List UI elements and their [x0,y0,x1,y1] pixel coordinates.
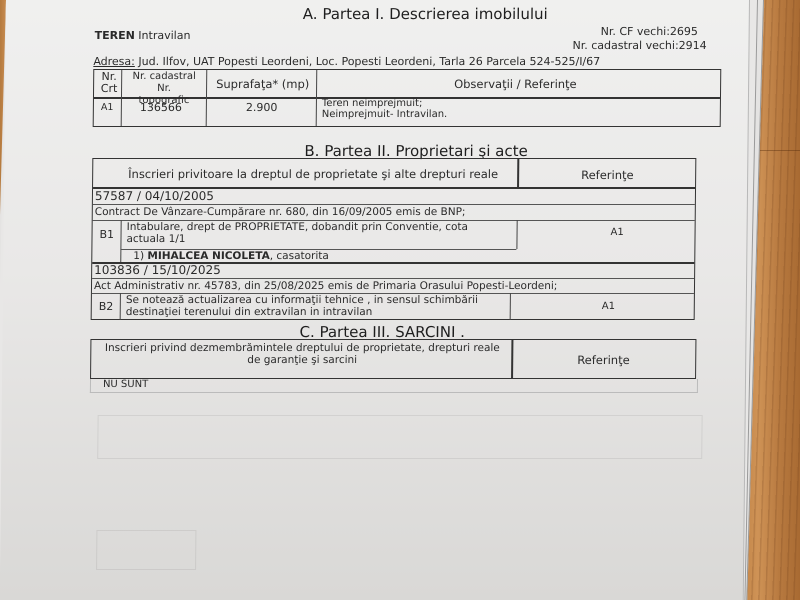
row-observatii: Teren neimprejmuit; Neimprejmuit- Intrav… [322,98,448,120]
owner-num: 1) [133,250,144,262]
header-observatii: Observaţii / Referinţe [454,77,577,91]
entry-code: B1 [99,228,114,241]
header-nr-crt: Nr. Crt [99,71,119,95]
entry-text: Intabulare, drept de PROPRIETATE, doband… [126,221,468,245]
teren-type: TEREN Intravilan [95,29,191,42]
section-title-partea-1: A. Partea I. Descrierea imobilului [303,5,548,23]
table-sarcini: Inscrieri privind dezmembrămintele drept… [90,339,696,379]
entry-code: B2 [99,300,114,313]
header-referinte: Referinţe [581,168,634,182]
header-inscrieri: Înscrieri privitoare la dreptul de propr… [128,167,498,181]
sarcini-value-row: NU SUNT [90,379,698,393]
table-proprietari: Înscrieri privitoare la dreptul de propr… [91,158,697,320]
adresa-label: Adresa: [93,55,135,68]
entry-id: 57587 / 04/10/2005 [95,189,214,203]
adresa-value: Jud. Ilfov, UAT Popesti Leordeni, Loc. P… [138,55,600,68]
header-referinte: Referinţe [577,353,630,367]
header-sarcini: Inscrieri privind dezmembrămintele drept… [96,342,508,366]
owner: 1) MIHALCEA NICOLETA, casatorita [133,250,329,262]
header-suprafata: Suprafaţa* (mp) [216,77,309,91]
sarcini-value: NU SUNT [103,379,148,390]
teren-label: TEREN [95,29,135,42]
entry-act: Contract De Vânzare-Cumpărare nr. 680, d… [95,206,466,218]
row-suprafata: 2.900 [246,101,278,114]
show-through-table [96,530,196,570]
show-through-table [97,415,702,459]
entry-act: Act Administrativ nr. 45783, din 25/08/2… [94,280,557,292]
table-descriere: Nr. Crt Nr. cadastral Nr. topografic Sup… [93,69,722,127]
row-cadastral: 136566 [140,101,182,114]
owner-name: MIHALCEA NICOLETA [147,250,269,262]
cadastral-vechi: Nr. cadastral vechi:2914 [572,39,706,52]
owner-status: , casatorita [270,250,329,262]
document-page: A. Partea I. Descrierea imobilului TEREN… [0,0,750,600]
entry-text: Se notează actualizarea cu informaţii te… [126,294,478,318]
entry-ref: A1 [611,227,624,238]
row-nr-crt: A1 [101,102,114,113]
entry-ref: A1 [602,301,615,312]
adresa: Adresa: Jud. Ilfov, UAT Popesti Leordeni… [93,55,600,68]
cf-vechi: Nr. CF vechi:2695 [601,25,698,38]
teren-value: Intravilan [138,29,190,42]
entry-id: 103836 / 15/10/2025 [94,263,221,277]
